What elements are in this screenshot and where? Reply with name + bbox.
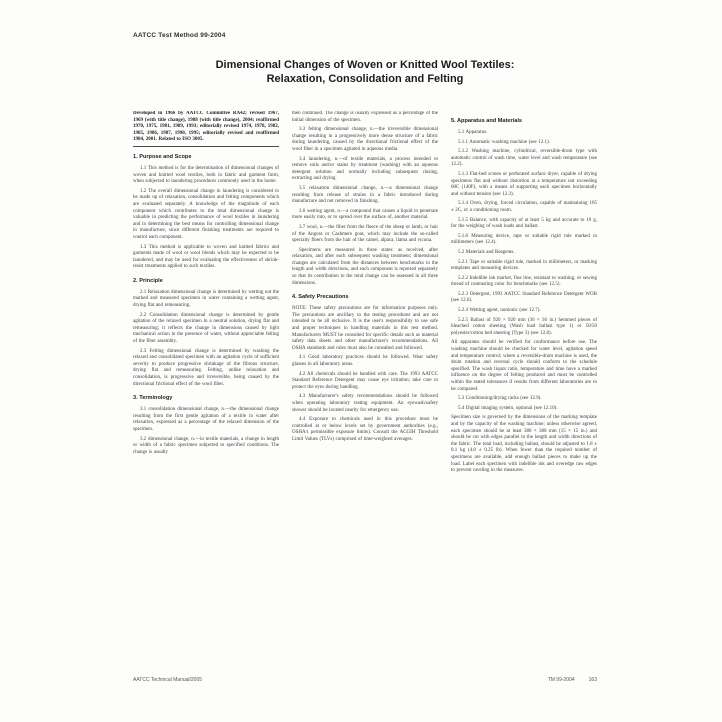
doc-number: AATCC Test Method 99-2004 <box>133 32 226 39</box>
body-paragraph: 5.2.5 Ballast of 920 × 920 mm (36 × 36 i… <box>451 318 597 338</box>
section-heading: 4. Safety Precautions <box>292 294 438 301</box>
section-heading: 3. Terminology <box>133 395 279 402</box>
body-paragraph: 5.1.5 Balance, with capacity of at least… <box>451 218 597 231</box>
body-paragraph: 5.1.4 Oven, drying, forced circulation, … <box>451 201 597 214</box>
body-paragraph: Specimen size is governed by the dimensi… <box>451 415 597 474</box>
body-paragraph: 1.1 This method is for the determination… <box>133 166 279 186</box>
body-paragraph: 4.1 Good laboratory practices should be … <box>292 355 438 368</box>
body-paragraph: 3.3 felting dimensional change, n.—the i… <box>292 127 438 153</box>
body-paragraph: 4.2 All chemicals should be handled with… <box>292 372 438 392</box>
divider-rule <box>133 146 279 147</box>
section-heading: 1. Purpose and Scope <box>133 154 279 161</box>
body-paragraph: 5.1.1 Automatic washing machine (see 12.… <box>451 140 597 147</box>
body-paragraph: 2.1 Relaxation dimensional change is det… <box>133 290 279 310</box>
document-page: AATCC Test Method 99-2004 Dimensional Ch… <box>0 0 722 722</box>
body-paragraph: 3.4 laundering, n.—of textile materials,… <box>292 157 438 183</box>
footer-page-number: 163 <box>589 677 597 683</box>
body-paragraph: 5.2.2 Indelible ink marker, fine line, r… <box>451 276 597 289</box>
body-paragraph: Specimens are measured in three states: … <box>292 248 438 288</box>
body-paragraph: Developed in 1966 by AATCC Committee RA4… <box>133 111 279 144</box>
body-paragraph: 3.2 dimensional change, n.—in textile ma… <box>133 437 279 457</box>
body-paragraph: 5.2 Materials and Reagents. <box>451 250 597 257</box>
body-paragraph: 3.7 wool, n.—the fiber from the fleece o… <box>292 225 438 245</box>
document-title: Dimensional Changes of Woven or Knitted … <box>133 58 597 86</box>
body-paragraph: 5.1.6 Measuring device, tape or suitable… <box>451 234 597 247</box>
body-paragraph: NOTE: These safety precautions are for i… <box>292 306 438 352</box>
page-footer: AATCC Technical Manual/2005 TM 99-2004 1… <box>133 677 597 683</box>
body-paragraph: 1.3 This method is applicable to woven a… <box>133 245 279 271</box>
body-paragraph: 5.1.2 Washing machine, cylindrical, reve… <box>451 149 597 169</box>
body-paragraph: All apparatus should be verified for con… <box>451 340 597 393</box>
section-heading: 5. Apparatus and Materials <box>451 118 597 125</box>
column-3: 5. Apparatus and Materials5.1 Apparatus.… <box>451 111 597 668</box>
footer-right: TM 99-2004 163 <box>548 677 597 683</box>
body-paragraph: 5.3 Conditioning/drying racks (see 12.9)… <box>451 396 597 403</box>
body-paragraph: 3.5 relaxation dimensional change, n.—a … <box>292 186 438 206</box>
body-paragraph: 5.2.4 Wetting agent, nonionic (see 12.7)… <box>451 308 597 315</box>
body-paragraph: 5.1.3 Flat-bed screen or perforated surf… <box>451 172 597 198</box>
body-paragraph: 3.6 wetting agent, n.—a compound that ca… <box>292 209 438 222</box>
body-paragraph: 5.2.3 Detergent, 1993 AATCC Standard Ref… <box>451 292 597 305</box>
footer-left: AATCC Technical Manual/2005 <box>133 677 202 683</box>
body-paragraph: 5.2.1 Tape or suitable rigid rule, marke… <box>451 260 597 273</box>
body-paragraph: then continued. The change is usually ex… <box>292 111 438 124</box>
body-paragraph: 1.2 The overall dimensional change in la… <box>133 189 279 242</box>
section-heading: 2. Principle <box>133 278 279 285</box>
body-paragraph: 2.3 Felting dimensional change is determ… <box>133 349 279 389</box>
column-2: then continued. The change is usually ex… <box>292 111 438 668</box>
body-columns: Developed in 1966 by AATCC Committee RA4… <box>133 111 597 668</box>
body-paragraph: 4.4 Exposure to chemicals used in this p… <box>292 417 438 443</box>
column-1: Developed in 1966 by AATCC Committee RA4… <box>133 111 279 668</box>
body-paragraph: 5.4 Digital imaging system, optional (se… <box>451 406 597 413</box>
body-paragraph: 2.2 Consolidation dimensional change is … <box>133 313 279 346</box>
body-paragraph: 3.1 consolidation dimensional change, n.… <box>133 407 279 433</box>
footer-method-number: TM 99-2004 <box>548 677 575 683</box>
body-paragraph: 5.1 Apparatus. <box>451 130 597 137</box>
title-line-1: Dimensional Changes of Woven or Knitted … <box>133 58 597 72</box>
body-paragraph: 4.3 Manufacturer's safety recommendation… <box>292 394 438 414</box>
title-line-2: Relaxation, Consolidation and Felting <box>133 72 597 86</box>
